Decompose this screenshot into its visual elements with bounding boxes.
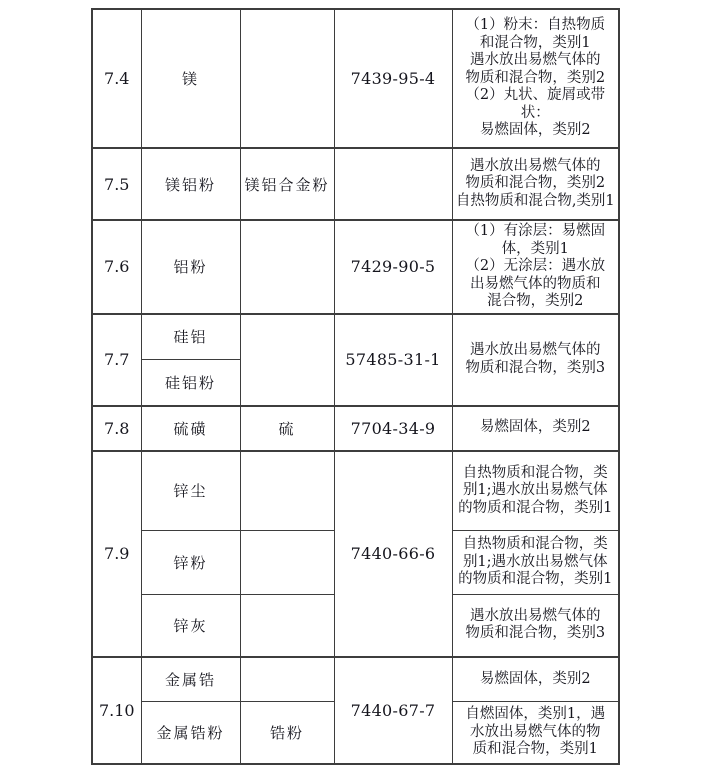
alias-cell: 镁铝合金粉: [240, 148, 334, 220]
name-cell: 硫磺: [141, 406, 240, 451]
name-cell: 硅铝: [141, 314, 240, 360]
alias-cell: [240, 531, 334, 595]
cas-cell: 7704-34-9: [334, 406, 452, 451]
table-row: 7.7 硅铝 57485-31-1 遇水放出易燃气体的 物质和混合物，类别3: [92, 314, 619, 360]
cas-cell: 7440-66-6: [334, 451, 452, 657]
index-cell: 7.8: [92, 406, 141, 451]
alias-cell: 硫: [240, 406, 334, 451]
hazard-cell: 易燃固体，类别2: [452, 406, 619, 451]
hazard-cell: （1）有涂层：易燃固 体，类别1 （2）无涂层：遇水放 出易燃气体的物质和 混合…: [452, 220, 619, 314]
alias-cell: [240, 9, 334, 148]
index-cell: 7.10: [92, 657, 141, 764]
index-cell: 7.9: [92, 451, 141, 657]
name-cell: 铝粉: [141, 220, 240, 314]
table-row: 7.10 金属锆 7440-67-7 易燃固体，类别2: [92, 657, 619, 702]
name-cell: 硅铝粉: [141, 360, 240, 406]
cas-cell: 57485-31-1: [334, 314, 452, 406]
table-row: 7.9 锌尘 7440-66-6 自热物质和混合物，类 别1;遇水放出易燃气体 …: [92, 451, 619, 531]
hazard-cell: 遇水放出易燃气体的 物质和混合物，类别3: [452, 595, 619, 657]
index-cell: 7.5: [92, 148, 141, 220]
hazard-cell: 自热物质和混合物，类 别1;遇水放出易燃气体 的物质和混合物，类别1: [452, 531, 619, 595]
name-cell: 锌粉: [141, 531, 240, 595]
cas-cell: 7439-95-4: [334, 9, 452, 148]
alias-cell: [240, 314, 334, 406]
alias-cell: 锆粉: [240, 702, 334, 764]
hazard-cell: 易燃固体，类别2: [452, 657, 619, 702]
table-row: 7.4 镁 7439-95-4 （1）粉末：自热物质 和混合物，类别1 遇水放出…: [92, 9, 619, 148]
name-cell: 镁: [141, 9, 240, 148]
alias-cell: [240, 657, 334, 702]
table-row: 7.5 镁铝粉 镁铝合金粉 遇水放出易燃气体的 物质和混合物，类别2 自热物质和…: [92, 148, 619, 220]
alias-cell: [240, 595, 334, 657]
hazmat-table: 7.4 镁 7439-95-4 （1）粉末：自热物质 和混合物，类别1 遇水放出…: [91, 8, 620, 765]
index-cell: 7.4: [92, 9, 141, 148]
hazard-cell: 遇水放出易燃气体的 物质和混合物，类别2 自热物质和混合物,类别1: [452, 148, 619, 220]
name-cell: 金属锆: [141, 657, 240, 702]
table-row: 7.8 硫磺 硫 7704-34-9 易燃固体，类别2: [92, 406, 619, 451]
hazard-cell: 自热物质和混合物，类 别1;遇水放出易燃气体 的物质和混合物，类别1: [452, 451, 619, 531]
hazard-cell: 自燃固体，类别1，遇 水放出易燃气体的物 质和混合物，类别1: [452, 702, 619, 764]
name-cell: 锌灰: [141, 595, 240, 657]
name-cell: 镁铝粉: [141, 148, 240, 220]
alias-cell: [240, 451, 334, 531]
cas-cell: [334, 148, 452, 220]
alias-cell: [240, 220, 334, 314]
index-cell: 7.6: [92, 220, 141, 314]
cas-cell: 7440-67-7: [334, 657, 452, 764]
name-cell: 金属锆粉: [141, 702, 240, 764]
hazard-cell: 遇水放出易燃气体的 物质和混合物，类别3: [452, 314, 619, 406]
cas-cell: 7429-90-5: [334, 220, 452, 314]
name-cell: 锌尘: [141, 451, 240, 531]
hazard-cell: （1）粉末：自热物质 和混合物，类别1 遇水放出易燃气体的 物质和混合物，类别2…: [452, 9, 619, 148]
table-row: 7.6 铝粉 7429-90-5 （1）有涂层：易燃固 体，类别1 （2）无涂层…: [92, 220, 619, 314]
document-page: 7.4 镁 7439-95-4 （1）粉末：自热物质 和混合物，类别1 遇水放出…: [0, 0, 712, 772]
index-cell: 7.7: [92, 314, 141, 406]
